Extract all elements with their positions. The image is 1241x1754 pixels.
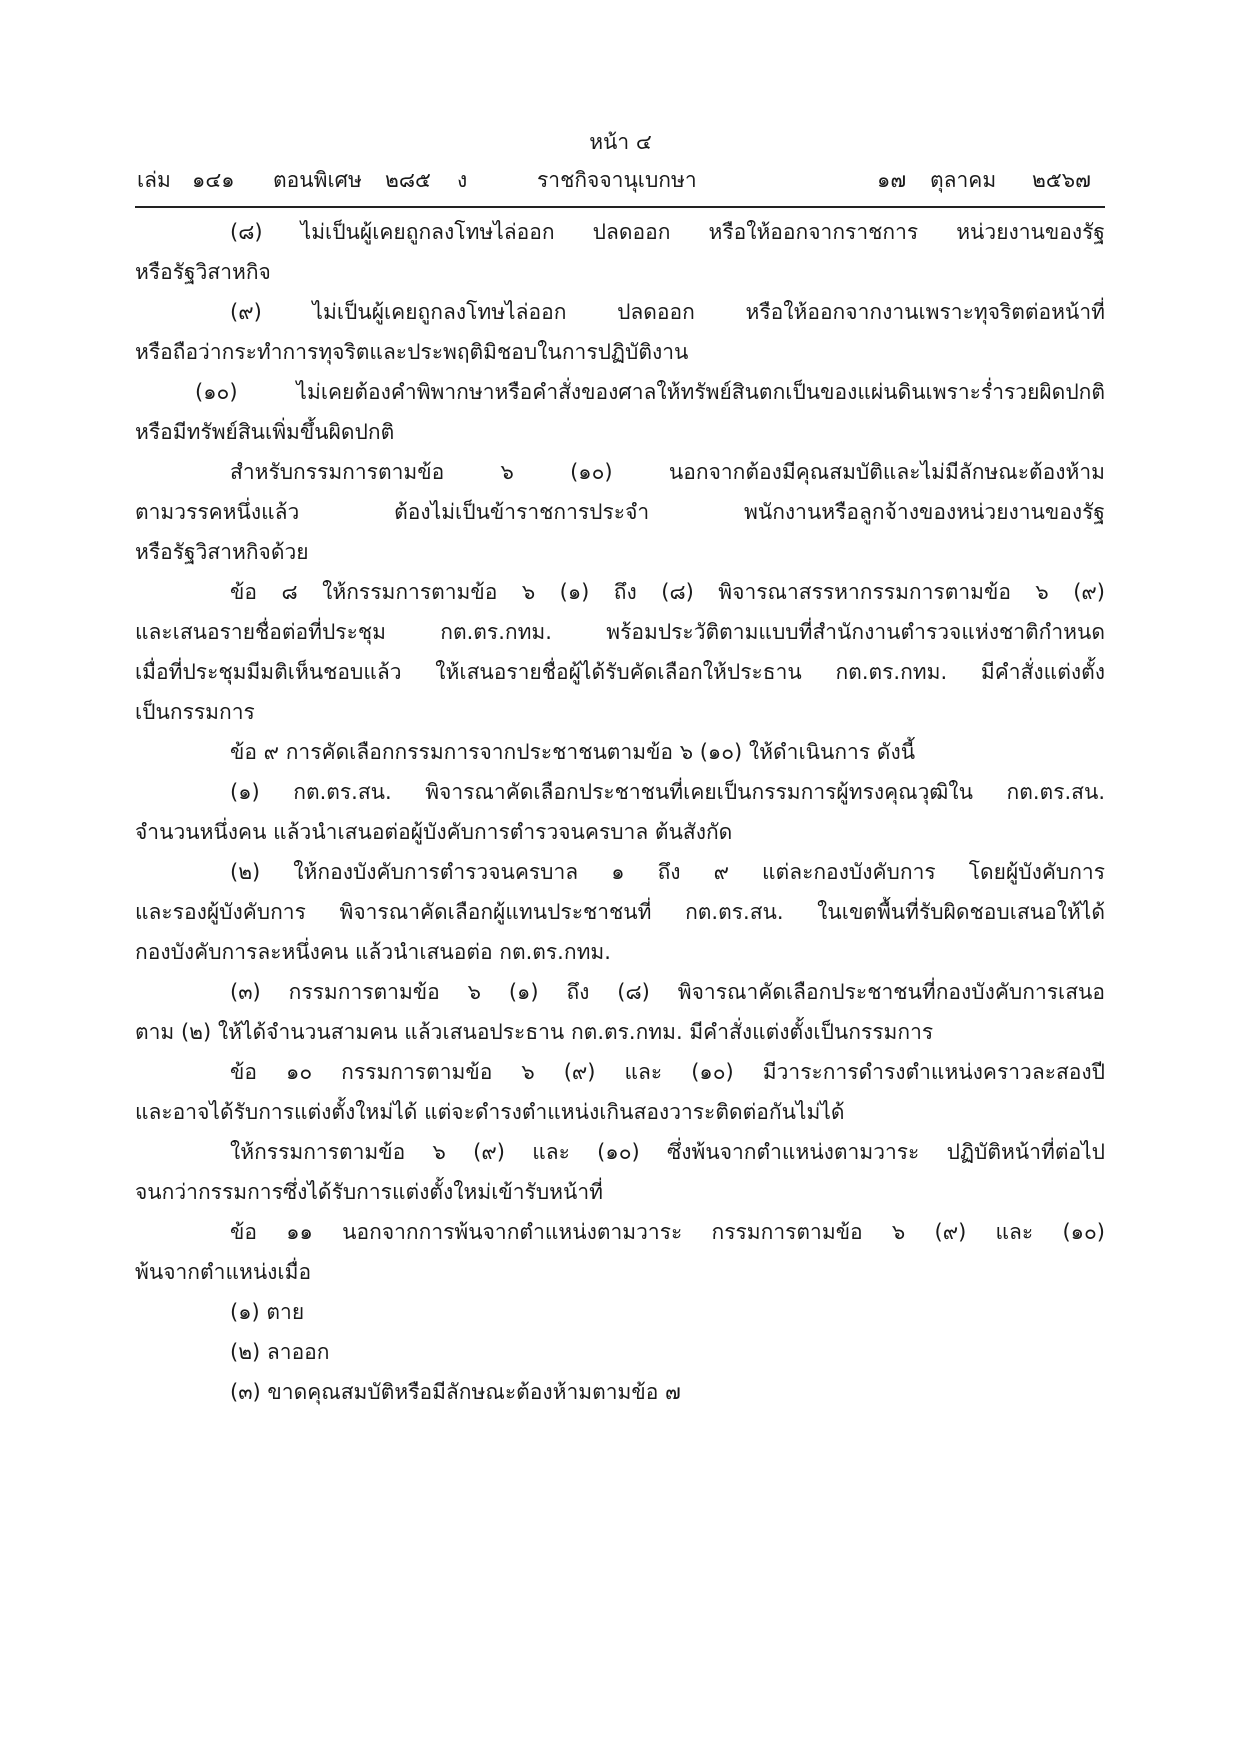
body-line: (๓) ขาดคุณสมบัติหรือมีลักษณะต้องห้ามตามข… [135, 1372, 1105, 1412]
issue-suffix: ง [457, 165, 467, 195]
body-line: (๘) ไม่เป็นผู้เคยถูกลงโทษไล่ออก ปลดออก ห… [135, 212, 1105, 252]
body-line: และอาจได้รับการแต่งตั้งใหม่ได้ แต่จะดำรง… [135, 1092, 1105, 1132]
volume-number: ๑๔๑ [192, 165, 235, 195]
page-number: หน้า ๔ [0, 128, 1241, 156]
body-line: (๑) กต.ตร.สน. พิจารณาคัดเลือกประชาชนที่เ… [135, 772, 1105, 812]
gazette-header: เล่ม ๑๔๑ ตอนพิเศษ ๒๘๕ ง ราชกิจจานุเบกษา … [137, 165, 1105, 195]
body-line: หรือรัฐวิสาหกิจด้วย [135, 532, 1105, 572]
publication-title: ราชกิจจานุเบกษา [537, 165, 697, 195]
body-line: (๑๐) ไม่เคยต้องคำพิพากษาหรือคำสั่งของศาล… [135, 372, 1105, 412]
body-line: เมื่อที่ประชุมมีมติเห็นชอบแล้ว ให้เสนอรา… [135, 652, 1105, 692]
body-line: จนกว่ากรรมการซึ่งได้รับการแต่งตั้งใหม่เข… [135, 1172, 1105, 1212]
body-line: ให้กรรมการตามข้อ ๖ (๙) และ (๑๐) ซึ่งพ้นจ… [135, 1132, 1105, 1172]
date-month: ตุลาคม [930, 165, 996, 195]
body-line: ข้อ ๙ การคัดเลือกกรรมการจากประชาชนตามข้อ… [135, 732, 1105, 772]
body-line: หรือถือว่ากระทำการทุจริตและประพฤติมิชอบใ… [135, 332, 1105, 372]
body-line: จำนวนหนึ่งคน แล้วนำเสนอต่อผู้บังคับการตำ… [135, 812, 1105, 852]
date-year: ๒๕๖๗ [1032, 165, 1091, 195]
body-line: ข้อ ๑๐ กรรมการตามข้อ ๖ (๙) และ (๑๐) มีวา… [135, 1052, 1105, 1092]
body-line: เป็นกรรมการ [135, 692, 1105, 732]
body-line: (๒) ลาออก [135, 1332, 1105, 1372]
body-line: (๓) กรรมการตามข้อ ๖ (๑) ถึง (๘) พิจารณาค… [135, 972, 1105, 1012]
body-line: ข้อ ๑๑ นอกจากการพ้นจากตำแหน่งตามวาระ กรร… [135, 1212, 1105, 1252]
body-line: และเสนอรายชื่อต่อที่ประชุม กต.ตร.กทม. พร… [135, 612, 1105, 652]
header-divider [135, 206, 1105, 208]
body-line: พ้นจากตำแหน่งเมื่อ [135, 1252, 1105, 1292]
body-line: ตามวรรคหนึ่งแล้ว ต้องไม่เป็นข้าราชการประ… [135, 492, 1105, 532]
document-body: (๘) ไม่เป็นผู้เคยถูกลงโทษไล่ออก ปลดออก ห… [135, 212, 1105, 1412]
issue-label: ตอนพิเศษ [273, 165, 362, 195]
body-line: ตาม (๒) ให้ได้จำนวนสามคน แล้วเสนอประธาน … [135, 1012, 1105, 1052]
body-line: หรือรัฐวิสาหกิจ [135, 252, 1105, 292]
body-line: กองบังคับการละหนึ่งคน แล้วนำเสนอต่อ กต.ต… [135, 932, 1105, 972]
body-line: (๑) ตาย [135, 1292, 1105, 1332]
document-page: หน้า ๔ เล่ม ๑๔๑ ตอนพิเศษ ๒๘๕ ง ราชกิจจาน… [0, 0, 1241, 1754]
body-line: หรือมีทรัพย์สินเพิ่มขึ้นผิดปกติ [135, 412, 1105, 452]
volume-label: เล่ม [137, 165, 171, 195]
body-line: สำหรับกรรมการตามข้อ ๖ (๑๐) นอกจากต้องมีค… [135, 452, 1105, 492]
body-line: (๒) ให้กองบังคับการตำรวจนครบาล ๑ ถึง ๙ แ… [135, 852, 1105, 892]
issue-number: ๒๘๕ [385, 165, 431, 195]
body-line: และรองผู้บังคับการ พิจารณาคัดเลือกผู้แทน… [135, 892, 1105, 932]
date-day: ๑๗ [877, 165, 906, 195]
body-line: ข้อ ๘ ให้กรรมการตามข้อ ๖ (๑) ถึง (๘) พิจ… [135, 572, 1105, 612]
body-line: (๙) ไม่เป็นผู้เคยถูกลงโทษไล่ออก ปลดออก ห… [135, 292, 1105, 332]
